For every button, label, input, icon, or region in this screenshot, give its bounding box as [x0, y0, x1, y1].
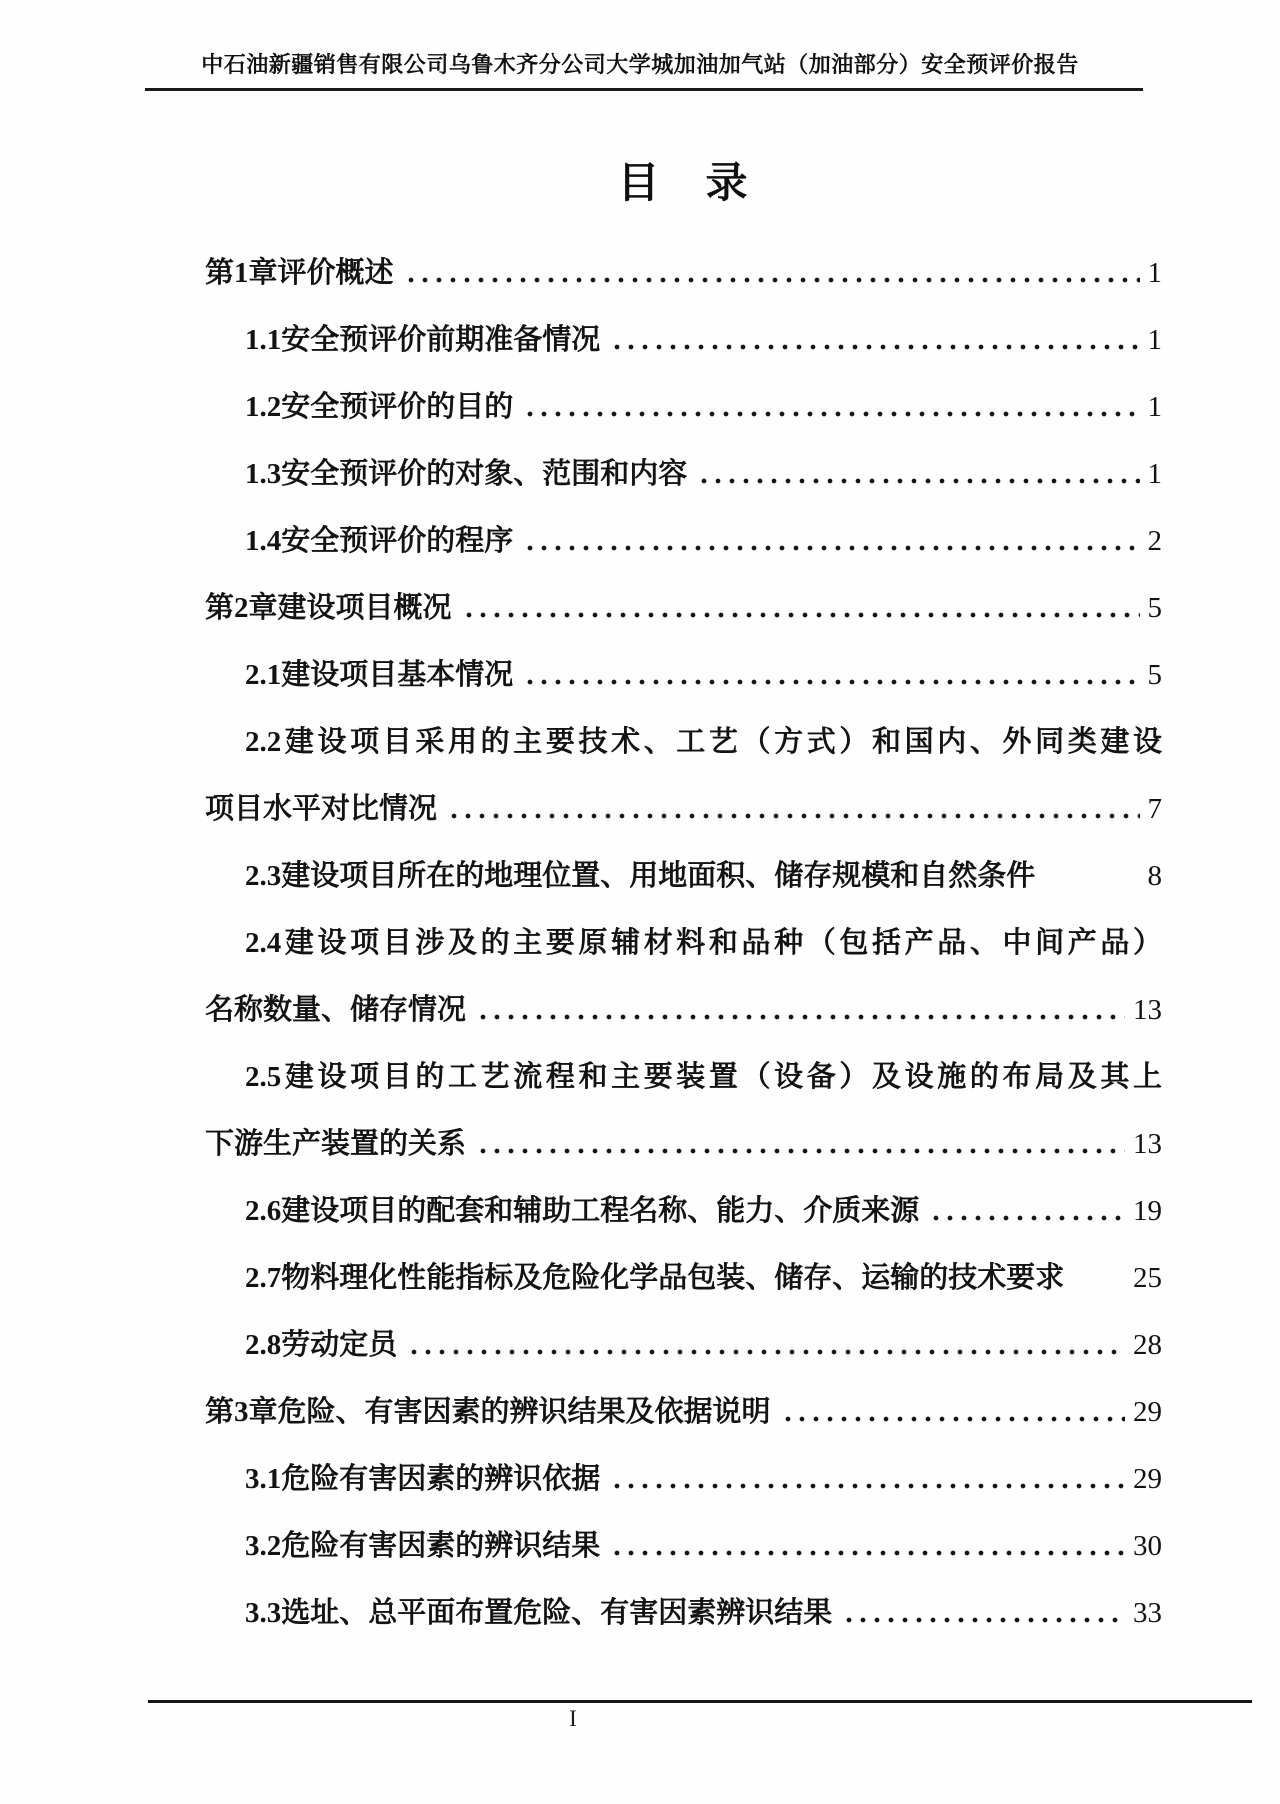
- toc-entry: 2.3建设项目所在的地理位置、用地面积、储存规模和自然条件8: [205, 858, 1162, 894]
- toc-entry: 2.8劳动定员28: [205, 1327, 1162, 1363]
- toc-page-number: 25: [1133, 1260, 1162, 1296]
- toc-entry-label: 1.1安全预评价前期准备情况: [245, 322, 600, 358]
- toc-entry-label: 第3章危险、有害因素的辨识结果及依据说明: [205, 1394, 771, 1430]
- dot-leader: [610, 1548, 1125, 1558]
- toc-page-number: 1: [1148, 322, 1163, 358]
- toc-entry: 下游生产装置的关系13: [205, 1126, 1162, 1162]
- toc-entry-label: 2.4建设项目涉及的主要原辅材料和品种（包括产品、中间产品）: [245, 927, 1162, 959]
- toc-page-number: 1: [1148, 456, 1163, 492]
- dot-leader: [523, 409, 1139, 419]
- toc-entry: 第1章评价概述1: [205, 255, 1162, 291]
- dot-leader: [523, 543, 1139, 553]
- dot-leader: [476, 1012, 1125, 1022]
- toc-entry: 2.2建设项目采用的主要技术、工艺（方式）和国内、外同类建设: [205, 724, 1162, 760]
- toc-entry-label: 3.3选址、总平面布置危险、有害因素辨识结果: [245, 1595, 832, 1631]
- toc-entry: 1.1安全预评价前期准备情况1: [205, 322, 1162, 358]
- toc-entry: 2.7物料理化性能指标及危险化学品包装、储存、运输的技术要求25: [205, 1260, 1162, 1296]
- toc-entry: 项目水平对比情况7: [205, 791, 1162, 827]
- toc-page-number: 29: [1133, 1394, 1162, 1430]
- toc-entry-label: 3.2危险有害因素的辨识结果: [245, 1528, 600, 1564]
- toc-page-number: 8: [1148, 858, 1163, 894]
- toc-entry-label: 1.2安全预评价的目的: [245, 389, 513, 425]
- toc-entry-label: 2.6建设项目的配套和辅助工程名称、能力、介质来源: [245, 1193, 919, 1229]
- toc-entry: 2.5建设项目的工艺流程和主要装置（设备）及设施的布局及其上: [205, 1059, 1162, 1095]
- toc-page-number: 13: [1133, 1126, 1162, 1162]
- toc-entry-label: 项目水平对比情况: [205, 791, 437, 827]
- dot-leader: [523, 677, 1139, 687]
- toc-entry: 2.6建设项目的配套和辅助工程名称、能力、介质来源19: [205, 1193, 1162, 1229]
- toc-page-number: 28: [1133, 1327, 1162, 1363]
- toc-page-number: 30: [1133, 1528, 1162, 1564]
- dot-leader: [404, 275, 1140, 285]
- page-title: 目 录: [205, 150, 1162, 210]
- toc-page-number: 29: [1133, 1461, 1162, 1497]
- toc-page-number: 33: [1133, 1595, 1162, 1631]
- toc-entry-label: 2.8劳动定员: [245, 1327, 397, 1363]
- header-divider: [145, 88, 1143, 91]
- toc-entry-label: 下游生产装置的关系: [205, 1126, 466, 1162]
- toc-entry: 1.3安全预评价的对象、范围和内容1: [205, 456, 1162, 492]
- folio-page-number: I: [0, 1706, 1146, 1732]
- dot-leader: [929, 1213, 1125, 1223]
- toc-entry: 2.1建设项目基本情况5: [205, 657, 1162, 693]
- toc-entry-label: 1.3安全预评价的对象、范围和内容: [245, 456, 687, 492]
- toc-entry: 3.2危险有害因素的辨识结果30: [205, 1528, 1162, 1564]
- dot-leader: [697, 476, 1139, 486]
- toc-entry: 名称数量、储存情况13: [205, 992, 1162, 1028]
- dot-leader: [407, 1347, 1125, 1357]
- toc-entry-label: 3.1危险有害因素的辨识依据: [245, 1461, 600, 1497]
- toc-page-number: 2: [1148, 523, 1163, 559]
- toc-entry: 3.1危险有害因素的辨识依据29: [205, 1461, 1162, 1497]
- footer-divider: [148, 1700, 1252, 1703]
- toc-entry: 1.2安全预评价的目的1: [205, 389, 1162, 425]
- toc-entry-label: 2.3建设项目所在的地理位置、用地面积、储存规模和自然条件: [245, 858, 1035, 894]
- dot-leader: [781, 1414, 1125, 1424]
- toc-page-number: 19: [1133, 1193, 1162, 1229]
- toc-entry: 2.4建设项目涉及的主要原辅材料和品种（包括产品、中间产品）: [205, 925, 1162, 961]
- dot-leader: [842, 1615, 1125, 1625]
- dot-leader: [447, 811, 1139, 821]
- toc-list: 第1章评价概述11.1安全预评价前期准备情况11.2安全预评价的目的11.3安全…: [205, 255, 1162, 1662]
- toc-entry-label: 第1章评价概述: [205, 255, 394, 291]
- toc-entry: 第3章危险、有害因素的辨识结果及依据说明29: [205, 1394, 1162, 1430]
- toc-page-number: 1: [1148, 389, 1163, 425]
- toc-entry-label: 2.2建设项目采用的主要技术、工艺（方式）和国内、外同类建设: [245, 726, 1162, 758]
- toc-page-number: 5: [1148, 657, 1163, 693]
- report-header-title: 中石油新疆销售有限公司乌鲁木齐分公司大学城加油加气站（加油部分）安全预评价报告: [0, 48, 1280, 79]
- dot-leader: [610, 342, 1139, 352]
- toc-entry: 第2章建设项目概况5: [205, 590, 1162, 626]
- document-page: 中石油新疆销售有限公司乌鲁木齐分公司大学城加油加气站（加油部分）安全预评价报告 …: [0, 0, 1280, 1804]
- toc-page-number: 7: [1148, 791, 1163, 827]
- toc-entry-label: 第2章建设项目概况: [205, 590, 452, 626]
- dot-leader: [476, 1146, 1125, 1156]
- dot-leader: [1074, 1280, 1125, 1290]
- toc-entry-label: 2.1建设项目基本情况: [245, 657, 513, 693]
- toc-page-number: 1: [1148, 255, 1163, 291]
- dot-leader: [462, 610, 1140, 620]
- toc-page-number: 5: [1148, 590, 1163, 626]
- dot-leader: [610, 1481, 1125, 1491]
- toc-entry: 3.3选址、总平面布置危险、有害因素辨识结果33: [205, 1595, 1162, 1631]
- toc-entry-label: 名称数量、储存情况: [205, 992, 466, 1028]
- toc-page-number: 13: [1133, 992, 1162, 1028]
- toc-entry: 1.4安全预评价的程序2: [205, 523, 1162, 559]
- dot-leader: [1045, 878, 1139, 888]
- toc-entry-label: 1.4安全预评价的程序: [245, 523, 513, 559]
- toc-entry-label: 2.7物料理化性能指标及危险化学品包装、储存、运输的技术要求: [245, 1260, 1064, 1296]
- toc-entry-label: 2.5建设项目的工艺流程和主要装置（设备）及设施的布局及其上: [245, 1061, 1162, 1093]
